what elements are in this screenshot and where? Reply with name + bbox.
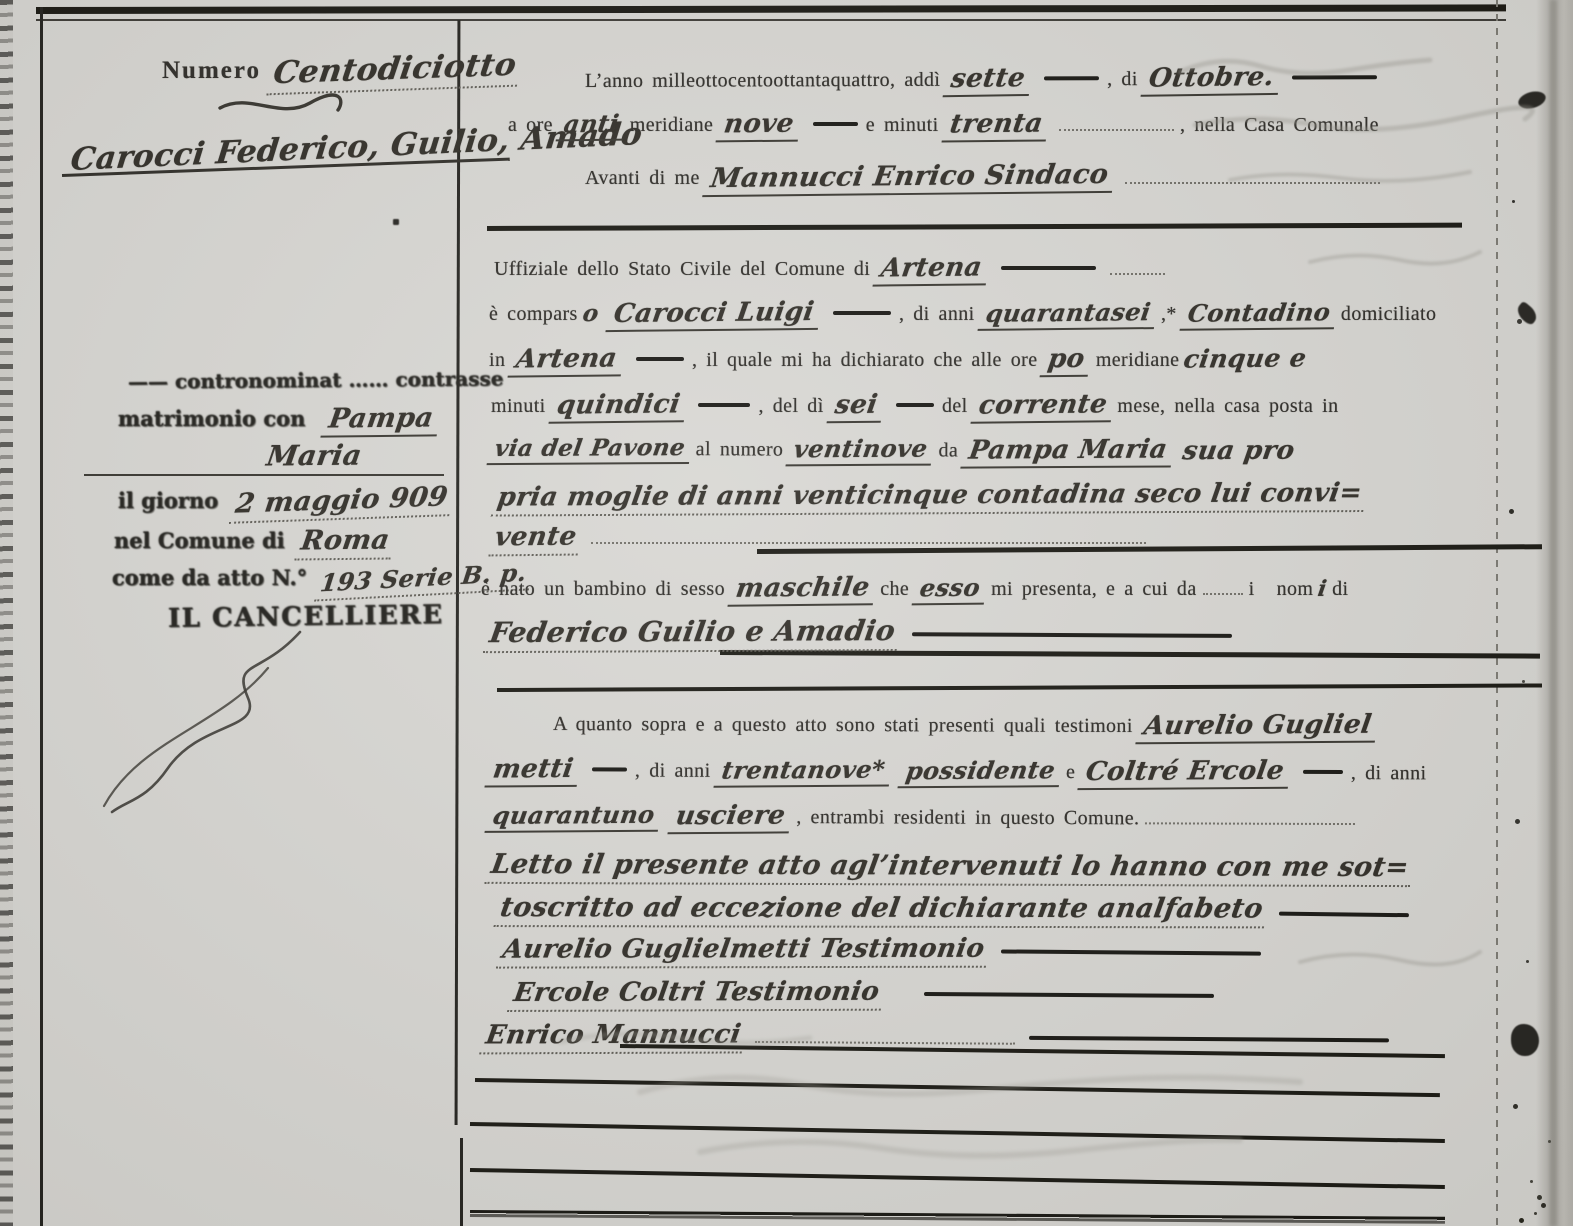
handwritten-text: Pampa Maria bbox=[960, 435, 1175, 469]
act-line-19: Ercole Coltri Testimonio bbox=[505, 975, 1222, 1014]
printed-text: è compars bbox=[489, 303, 578, 325]
marriage-stamp-line2-row: matrimonio con Pampa bbox=[118, 402, 444, 436]
top-border-thin bbox=[36, 19, 1506, 21]
handwritten-text: usciere bbox=[668, 800, 794, 834]
printed-text: , nella Casa Comunale bbox=[1180, 114, 1379, 136]
ink-speck bbox=[393, 219, 399, 225]
handwritten-text: toscritto ad eccezione del dichiarante a… bbox=[494, 892, 1270, 928]
comune-value-handwritten: Roma bbox=[294, 524, 395, 560]
handwritten-text: Contadino bbox=[1179, 297, 1338, 331]
cancelliere-signature-stroke bbox=[112, 632, 300, 812]
handwritten-text: anti bbox=[556, 109, 628, 142]
blank-underline bbox=[1145, 806, 1355, 825]
day-value-handwritten: 2 maggio 909 bbox=[229, 481, 454, 524]
ink-bar bbox=[813, 122, 858, 127]
empty-ruled-line-double bbox=[470, 1210, 1445, 1224]
page-left-edge-texture bbox=[0, 0, 13, 1226]
printed-text: ,* bbox=[1161, 303, 1177, 325]
dust-speckles bbox=[1512, 200, 1515, 203]
empty-ruled-line bbox=[470, 1168, 1445, 1189]
atto-label-stamp: come da atto N.° bbox=[112, 565, 307, 590]
act-line-10: vente bbox=[486, 521, 1152, 555]
bleedthrough-mark bbox=[1310, 252, 1480, 264]
handwritten-text: Coltré Ercole bbox=[1078, 756, 1293, 790]
handwritten-text: o bbox=[581, 300, 601, 327]
spouse-name-row: Maria bbox=[262, 438, 367, 471]
spouse-surname-handwritten: Pampa bbox=[321, 402, 442, 437]
act-line-12: Federico Guilio e Amadio bbox=[481, 613, 1240, 654]
empty-ruled-line bbox=[470, 1122, 1445, 1143]
handwritten-text: cinque e bbox=[1182, 343, 1309, 373]
act-line-8: via del Pavoneal numeroventinovedaPampa … bbox=[484, 431, 1300, 468]
act-line-5: è comparsoCarocci Luigi, di anniquaranta… bbox=[489, 297, 1436, 330]
handwritten-text: maschile bbox=[727, 572, 877, 607]
ink-bar bbox=[1279, 911, 1409, 917]
stamp-word-contrasse: contrasse bbox=[395, 366, 503, 391]
bleedthrough-mark bbox=[700, 1140, 1240, 1156]
act-line-14: metti, di annitrentanove*possidenteeColt… bbox=[482, 753, 1427, 789]
printed-text: mese, nella casa posta in bbox=[1117, 395, 1338, 417]
top-border-thick bbox=[36, 4, 1506, 14]
handwritten-text: Ottobre. bbox=[1140, 62, 1282, 97]
ink-blob bbox=[1511, 1024, 1539, 1056]
left-border bbox=[40, 7, 43, 1226]
act-line-16: Letto il presente atto agl’intervenuti l… bbox=[483, 843, 1417, 891]
gap bbox=[888, 1000, 916, 1001]
birth-record-page: Numero Centodiciotto Carocci Federico, G… bbox=[0, 0, 1573, 1226]
bleedthrough-mark bbox=[1300, 952, 1480, 965]
printed-text: Uffiziale dello Stato Civile del Comune … bbox=[494, 258, 870, 280]
printed-text: nom bbox=[1277, 578, 1314, 600]
numero-label: Numero bbox=[162, 57, 261, 84]
printed-text: in bbox=[489, 349, 505, 371]
ink-bar bbox=[1029, 1035, 1389, 1042]
handwritten-text: sua pro bbox=[1181, 436, 1297, 467]
blank-underline bbox=[755, 1025, 1015, 1045]
handwritten-text: Artena bbox=[508, 343, 626, 377]
printed-text: è nato un bambino di sesso bbox=[481, 578, 725, 600]
printed-text: al numero bbox=[696, 438, 784, 460]
printed-text: i bbox=[1249, 578, 1255, 600]
printed-text: del bbox=[942, 395, 968, 417]
blank-underline bbox=[1110, 257, 1165, 275]
act-line-15: quarantunousciere, entrambi residenti in… bbox=[482, 799, 1362, 835]
printed-text: , del dì bbox=[758, 395, 823, 417]
printed-text: , di anni bbox=[899, 303, 975, 325]
handwritten-text: quindici bbox=[548, 389, 688, 423]
printed-text: di bbox=[1332, 578, 1348, 600]
handwritten-text: Carocci Luigi bbox=[606, 297, 823, 332]
printed-text: , il quale mi ha dichiarato che alle ore bbox=[692, 349, 1038, 371]
ink-bar bbox=[1303, 769, 1343, 774]
act-line-1: L’anno milleottocentoottantaquattro, add… bbox=[585, 61, 1386, 97]
printed-text: meridiane bbox=[630, 114, 714, 136]
handwritten-text: Enrico Mannucci bbox=[479, 1020, 747, 1055]
day-label-stamp: il giorno bbox=[118, 488, 218, 513]
printed-text: , di anni bbox=[635, 760, 711, 782]
blank-underline bbox=[1059, 113, 1174, 131]
act-line-7: minutiquindici, del dìseidelcorrentemese… bbox=[491, 389, 1339, 422]
handwritten-text: possidente bbox=[898, 755, 1064, 788]
act-line-20: Enrico Mannucci bbox=[477, 1018, 1398, 1058]
marriage-atto-row: come da atto N.° 193 Serie B. p. bbox=[112, 562, 535, 595]
handwritten-text: Aurelio Gugliel bbox=[1135, 710, 1379, 745]
handwritten-text: esso bbox=[912, 573, 989, 606]
act-line-2: a oreantimeridianenovee minutitrenta, ne… bbox=[508, 108, 1379, 141]
printed-text: meridiane bbox=[1096, 349, 1180, 371]
blank-underline bbox=[1125, 166, 1380, 184]
handwritten-text: Mannucci Enrico Sindaco bbox=[702, 159, 1116, 197]
marriage-comune-row: nel Comune di Roma bbox=[114, 524, 398, 559]
cancelliere-signature-stroke2 bbox=[104, 668, 268, 806]
handwritten-text: corrente bbox=[970, 389, 1115, 423]
printed-text: mi presenta, e a cui da bbox=[991, 578, 1197, 600]
printed-text: che bbox=[880, 578, 909, 600]
act-line-11: è nato un bambino di sessomaschilecheess… bbox=[481, 572, 1348, 605]
handwritten-text: Federico Guilio e Amadio bbox=[483, 614, 902, 653]
handwritten-text: Artena bbox=[873, 252, 991, 286]
act-line-13: A quanto sopra e a questo atto sono stat… bbox=[553, 707, 1382, 743]
act-line-17: toscritto ad eccezione del dichiarante a… bbox=[492, 887, 1417, 933]
stamp-dots: …… bbox=[348, 367, 388, 391]
printed-text: minuti bbox=[491, 395, 546, 417]
empty-ruled-line bbox=[475, 1078, 1440, 1097]
handwritten-text: Ercole Coltri Testimonio bbox=[507, 977, 886, 1012]
perforation-line bbox=[1496, 0, 1498, 1226]
comune-label-stamp: nel Comune di bbox=[114, 528, 285, 553]
handwritten-text: sette bbox=[943, 63, 1034, 97]
blank-underline bbox=[591, 526, 1146, 544]
ink-bar bbox=[1001, 266, 1096, 271]
gap bbox=[1255, 594, 1277, 595]
handwritten-text: Aurelio Guglielmetti Testimonio bbox=[496, 934, 991, 969]
handwritten-text: trenta bbox=[941, 108, 1050, 142]
numero-value-handwritten: Centodiciotto bbox=[267, 47, 523, 96]
printed-text: e minuti bbox=[866, 114, 939, 136]
separator-line bbox=[487, 223, 1462, 231]
ink-bar bbox=[1001, 949, 1261, 956]
handwritten-text: via del Pavone bbox=[487, 434, 694, 465]
act-line-18: Aurelio Guglielmetti Testimonio bbox=[494, 931, 1269, 972]
spouse-firstname-handwritten: Maria bbox=[264, 439, 364, 473]
column-divider-lower bbox=[460, 1138, 463, 1226]
handwritten-text: pria moglie di anni venticinque contadin… bbox=[491, 478, 1369, 517]
printed-text: e bbox=[1066, 761, 1075, 783]
handwritten-text: metti bbox=[484, 754, 581, 788]
handwritten-text: i bbox=[1316, 576, 1329, 602]
handwritten-text: Letto il presente atto agl’intervenuti l… bbox=[484, 849, 1415, 887]
stamp-dash: —— bbox=[128, 369, 168, 393]
numero-row: Numero Centodiciotto bbox=[162, 50, 524, 90]
printed-text: L’anno milleottocentoottantaquattro, add… bbox=[585, 69, 940, 92]
handwritten-text: trentanove* bbox=[713, 755, 893, 788]
printed-text: da bbox=[938, 439, 958, 461]
act-line-4: Uffiziale dello Stato Civile del Comune … bbox=[494, 252, 1171, 285]
act-line-9: pria moglie di anni venticinque contadin… bbox=[489, 477, 1370, 516]
ink-bar bbox=[833, 311, 891, 316]
printed-text: , di bbox=[1107, 68, 1138, 90]
stamp-matrimonio-con: matrimonio con bbox=[118, 406, 305, 431]
handwritten-text: quarantuno bbox=[484, 800, 663, 833]
ink-bar bbox=[912, 632, 1232, 638]
handwritten-text: sei bbox=[826, 390, 885, 424]
cancelliere-stamp: IL CANCELLIERE bbox=[168, 600, 444, 634]
handwritten-text: vente bbox=[488, 522, 582, 557]
ink-bar bbox=[636, 357, 684, 362]
handwritten-text: ventinove bbox=[786, 434, 936, 467]
act-line-3: Avanti di meMannucci Enrico Sindaco bbox=[585, 160, 1386, 194]
printed-text: , di anni bbox=[1351, 762, 1427, 784]
separator-line bbox=[497, 683, 1542, 692]
marriage-stamp-line1: —— contronominat …… contrasse bbox=[128, 366, 504, 393]
ink-bar bbox=[592, 767, 627, 772]
ink-bar bbox=[1292, 75, 1377, 80]
printed-text: Avanti di me bbox=[585, 167, 700, 189]
ink-bar bbox=[1044, 76, 1099, 81]
ink-bar bbox=[924, 991, 1214, 998]
printed-text: domiciliato bbox=[1341, 303, 1437, 325]
marriage-day-row: il giorno 2 maggio 909 bbox=[118, 484, 456, 519]
binding-gutter-core bbox=[1550, 0, 1557, 1226]
printed-text: , entrambi residenti in questo Comune. bbox=[796, 806, 1139, 829]
spouse-name-underline bbox=[84, 474, 444, 476]
ink-bar bbox=[698, 403, 750, 408]
printed-text: a ore bbox=[508, 114, 553, 136]
handwritten-text: po bbox=[1040, 344, 1093, 378]
act-line-6: inArtena, il quale mi ha dichiarato che … bbox=[489, 343, 1312, 376]
blank-underline bbox=[1203, 577, 1243, 595]
printed-text: A quanto sopra e a questo atto sono stat… bbox=[553, 713, 1133, 737]
numero-flourish-stroke bbox=[220, 95, 341, 110]
stamp-word-contronominat: contronominat bbox=[175, 368, 342, 393]
handwritten-text: quarantasei bbox=[977, 297, 1158, 331]
handwritten-text: nove bbox=[716, 109, 803, 143]
ink-bar bbox=[896, 403, 934, 408]
